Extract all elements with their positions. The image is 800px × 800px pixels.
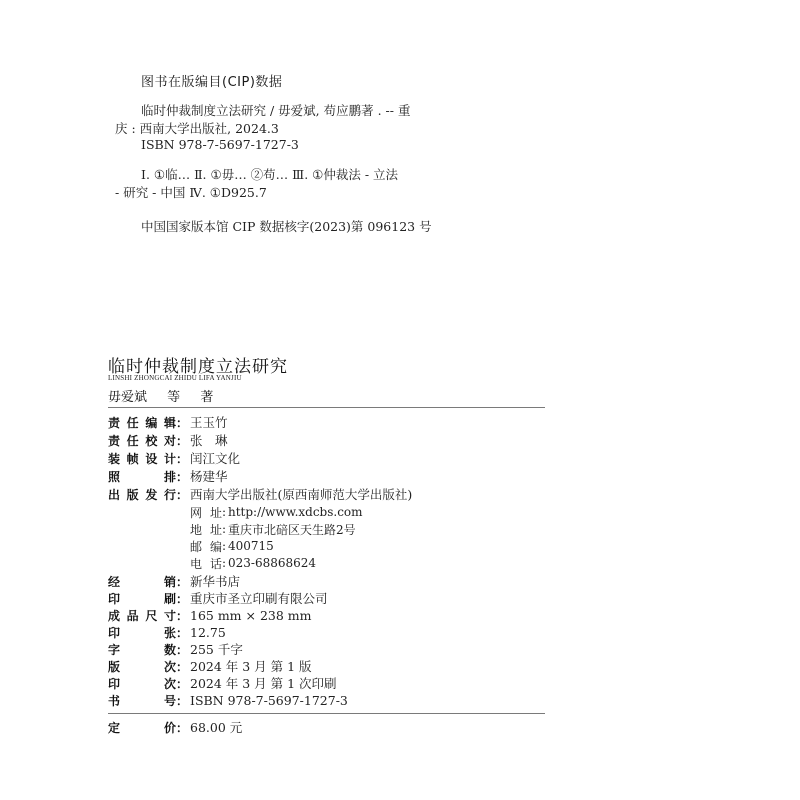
info-colon: ：: [176, 641, 190, 658]
info-label: 印刷: [108, 590, 176, 607]
publisher-postcode: 400715: [228, 539, 274, 553]
info-value: 王玉竹: [190, 413, 228, 431]
publisher-website-row: 网址 : http://www.xdcbs.com: [190, 503, 363, 521]
info-value: 2024 年 3 月 第 1 版: [190, 657, 312, 675]
publisher-phone-row: 电话 : 023-68868624: [190, 554, 316, 572]
cip-line-classification: Ⅰ. ①临… Ⅱ. ①毋… ②苟… Ⅲ. ①仲裁法 - 立法: [141, 165, 398, 183]
info-row-cover-design: 装帧设计 ： 闰江文化: [108, 449, 240, 467]
sub-label: 网址: [190, 504, 222, 521]
info-row-isbn: 书号 ： ISBN 978-7-5697-1727-3: [108, 691, 348, 709]
info-colon: ：: [176, 658, 190, 675]
info-label: 照排: [108, 468, 176, 485]
publisher-address-row: 地址 : 重庆市北碚区天生路2号: [190, 520, 356, 538]
info-row-word-count: 字数 ： 255 千字: [108, 640, 243, 658]
info-value: ISBN 978-7-5697-1727-3: [190, 693, 348, 708]
info-value: 张 琳: [190, 431, 228, 449]
info-value: 重庆市圣立印刷有限公司: [190, 589, 328, 607]
info-colon: ：: [176, 692, 190, 709]
publisher-address: 重庆市北碚区天生路2号: [228, 521, 356, 538]
info-label: 定价: [108, 719, 176, 736]
cip-line-publisher: 庆 : 西南大学出版社, 2024.3: [115, 119, 279, 137]
info-colon: ：: [176, 719, 190, 736]
info-colon: ：: [176, 468, 190, 485]
info-row-trim-size: 成品尺寸 ： 165 mm × 238 mm: [108, 606, 312, 624]
info-label: 印次: [108, 675, 176, 692]
info-colon: ：: [176, 607, 190, 624]
info-row-proofreader: 责任校对 ： 张 琳: [108, 431, 228, 449]
info-label: 字数: [108, 641, 176, 658]
book-author: 毋爱斌 等 著: [108, 386, 229, 405]
info-colon: ：: [176, 573, 190, 590]
cip-line-isbn: ISBN 978-7-5697-1727-3: [141, 137, 299, 152]
cip-line-title: 临时仲裁制度立法研究 / 毋爱斌, 苟应鹏著 . -- 重: [141, 101, 410, 119]
publisher-postcode-row: 邮编 : 400715: [190, 537, 274, 555]
cip-line-classification-cont: - 研究 - 中国 Ⅳ. ①D925.7: [115, 183, 267, 201]
info-colon: ：: [176, 624, 190, 641]
info-row-typesetting: 照排 ： 杨建华: [108, 467, 228, 485]
publisher-website[interactable]: http://www.xdcbs.com: [228, 505, 363, 519]
info-row-price: 定价 ： 68.00 元: [108, 718, 242, 736]
info-value: 255 千字: [190, 640, 243, 658]
info-label: 经销: [108, 573, 176, 590]
divider-top: [108, 407, 545, 408]
info-value: 12.75: [190, 625, 226, 640]
info-label: 出版发行: [108, 486, 176, 503]
info-value: 闰江文化: [190, 449, 240, 467]
info-label: 责任校对: [108, 432, 176, 449]
info-colon: ：: [176, 590, 190, 607]
price-value: 68.00 元: [190, 718, 242, 736]
info-row-publisher: 出版发行 ： 西南大学出版社(原西南师范大学出版社): [108, 485, 412, 503]
sub-label: 地址: [190, 521, 222, 538]
book-title-pinyin: LINSHI ZHONGCAI ZHIDU LIFA YANJIU: [108, 374, 242, 382]
info-label: 书号: [108, 692, 176, 709]
info-row-edition: 版次 ： 2024 年 3 月 第 1 版: [108, 657, 312, 675]
author-role: 著: [200, 390, 213, 405]
info-value: 西南大学出版社(原西南师范大学出版社): [190, 485, 412, 503]
info-row-distributor: 经销 ： 新华书店: [108, 572, 240, 590]
info-colon: ：: [176, 414, 190, 431]
sub-label: 邮编: [190, 538, 222, 555]
info-colon: ：: [176, 675, 190, 692]
info-row-editor: 责任编辑 ： 王玉竹: [108, 413, 228, 431]
info-colon: ：: [176, 486, 190, 503]
info-label: 装帧设计: [108, 450, 176, 467]
cip-line-record-number: 中国国家版本馆 CIP 数据核字(2023)第 096123 号: [141, 217, 432, 235]
info-row-printing: 印次 ： 2024 年 3 月 第 1 次印刷: [108, 674, 337, 692]
info-colon: ：: [176, 450, 190, 467]
cip-heading: 图书在版编目(CIP)数据: [141, 71, 282, 90]
info-value: 新华书店: [190, 572, 240, 590]
author-etal: 等: [167, 390, 180, 405]
divider-bottom: [108, 713, 545, 714]
info-value: 2024 年 3 月 第 1 次印刷: [190, 674, 337, 692]
info-colon: ：: [176, 432, 190, 449]
author-name: 毋爱斌: [108, 390, 147, 405]
info-value: 杨建华: [190, 467, 228, 485]
info-label: 印张: [108, 624, 176, 641]
info-value: 165 mm × 238 mm: [190, 608, 312, 623]
info-label: 责任编辑: [108, 414, 176, 431]
info-label: 成品尺寸: [108, 607, 176, 624]
publisher-phone: 023-68868624: [228, 556, 316, 570]
sub-label: 电话: [190, 555, 222, 572]
info-row-printed-sheets: 印张 ： 12.75: [108, 623, 226, 641]
info-label: 版次: [108, 658, 176, 675]
info-row-printer: 印刷 ： 重庆市圣立印刷有限公司: [108, 589, 328, 607]
